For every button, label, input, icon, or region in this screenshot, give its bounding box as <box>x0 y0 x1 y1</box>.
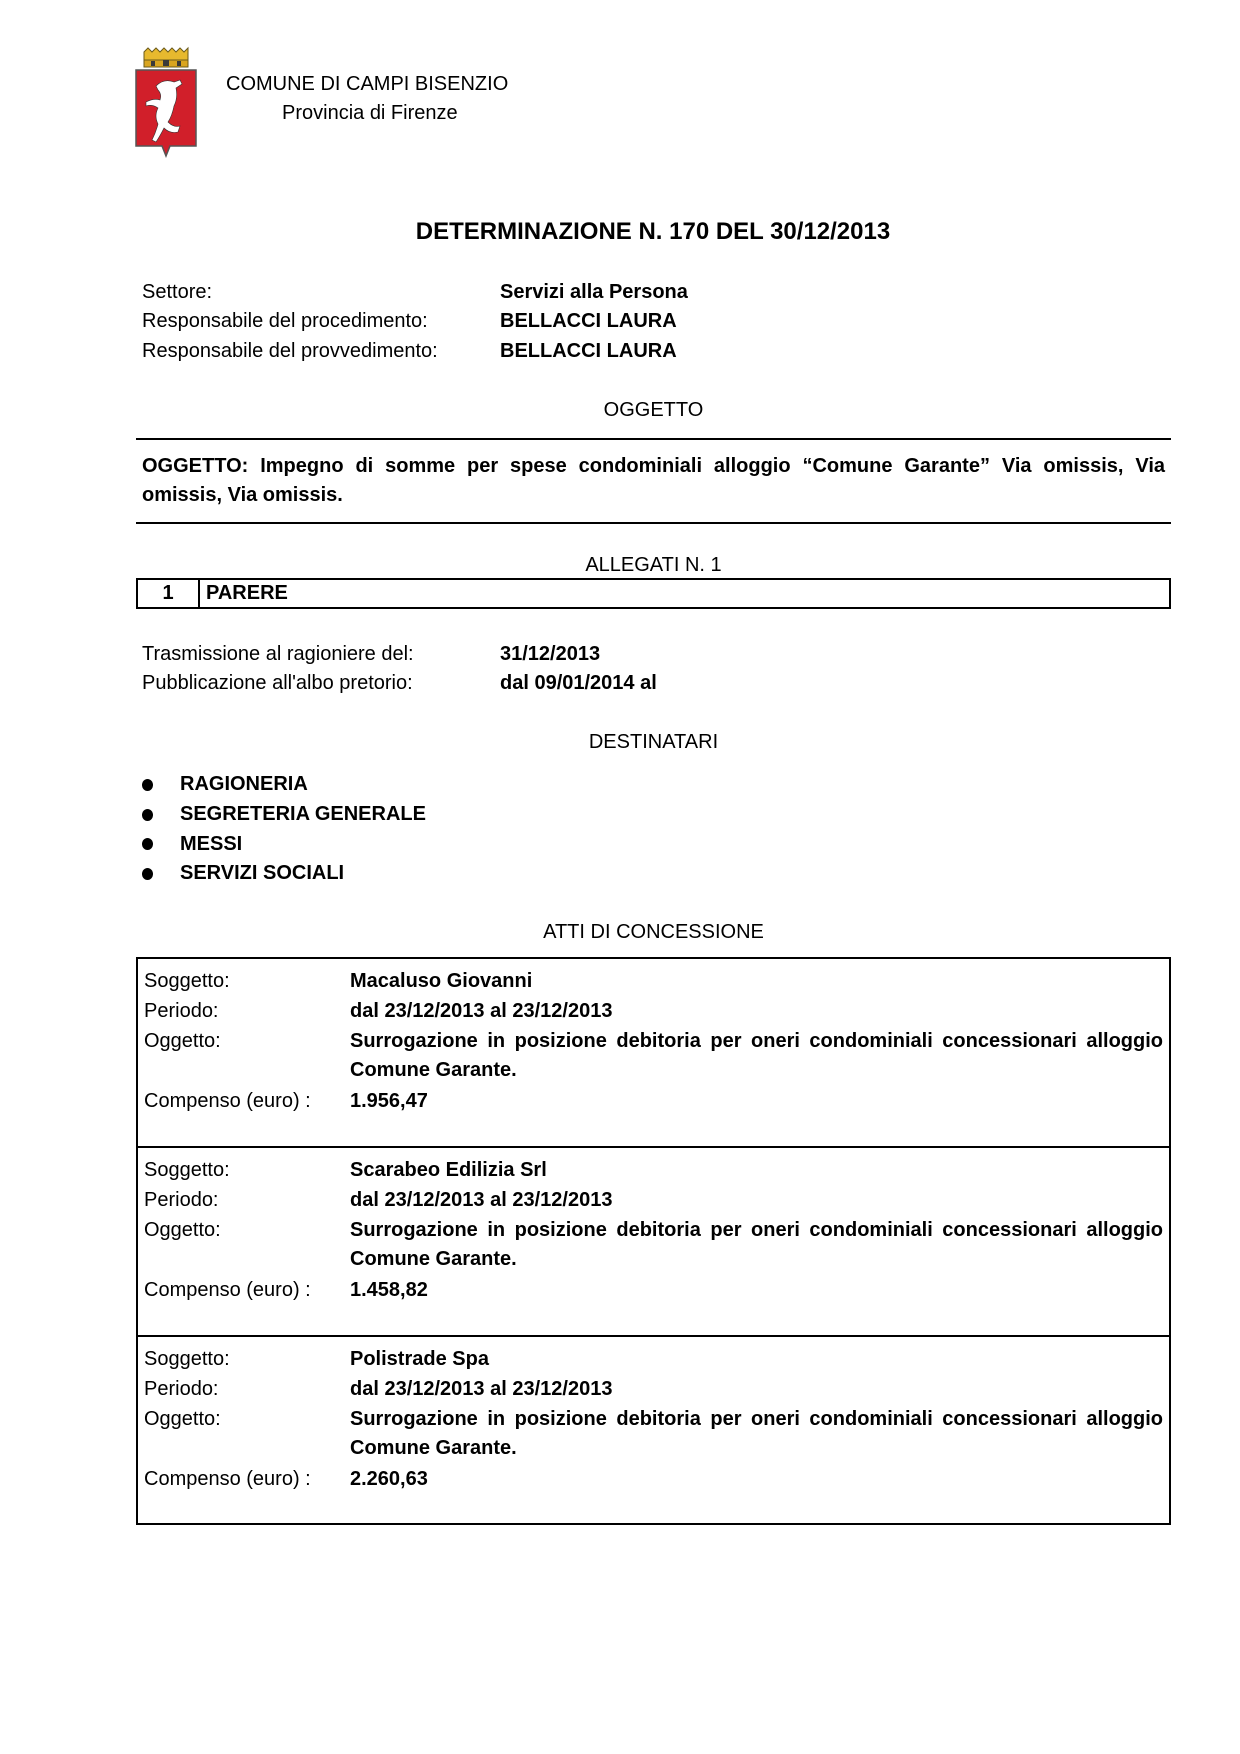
bullet-icon <box>142 809 153 821</box>
coat-of-arms-icon <box>134 46 198 158</box>
oggetto-prefix: OGGETTO: <box>142 455 248 477</box>
soggetto-label: Soggetto: <box>144 1345 350 1374</box>
table-row: Soggetto:Polistrade Spa Periodo:dal 23/1… <box>138 1337 1169 1523</box>
soggetto-value: Polistrade Spa <box>350 1345 1163 1374</box>
destinatario-label: SEGRETERIA GENERALE <box>180 803 426 826</box>
list-item: SERVIZI SOCIALI <box>140 859 426 889</box>
oggetto-value: Surrogazione in posizione debitoria per … <box>350 1027 1163 1085</box>
list-item: SEGRETERIA GENERALE <box>140 800 426 830</box>
resp-procedimento-label: Responsabile del procedimento: <box>142 310 428 333</box>
oggetto-value: Surrogazione in posizione debitoria per … <box>350 1216 1163 1274</box>
oggetto-label: Oggetto: <box>144 1027 350 1085</box>
trasmissione-value: 31/12/2013 <box>500 643 600 666</box>
atti-table: Soggetto:Macaluso Giovanni Periodo:dal 2… <box>136 957 1171 1525</box>
periodo-label: Periodo: <box>144 1375 350 1404</box>
compenso-value: 1.956,47 <box>350 1087 1163 1116</box>
destinatario-label: RAGIONERIA <box>180 773 308 796</box>
periodo-label: Periodo: <box>144 997 350 1026</box>
compenso-value: 1.458,82 <box>350 1276 1163 1305</box>
oggetto-label: Oggetto: <box>144 1216 350 1274</box>
periodo-value: dal 23/12/2013 al 23/12/2013 <box>350 1375 1163 1404</box>
oggetto-text: OGGETTO: Impegno di somme per spese cond… <box>142 452 1165 510</box>
document-title: DETERMINAZIONE N. 170 DEL 30/12/2013 <box>0 218 1240 246</box>
municipality-name: COMUNE DI CAMPI BISENZIO <box>226 73 508 96</box>
soggetto-label: Soggetto: <box>144 1156 350 1185</box>
settore-label: Settore: <box>142 281 212 304</box>
pubblicazione-value: dal 09/01/2014 al <box>500 672 657 695</box>
resp-provvedimento-value: BELLACCI LAURA <box>500 340 677 363</box>
soggetto-value: Macaluso Giovanni <box>350 967 1163 996</box>
bullet-icon <box>142 779 153 791</box>
list-item: RAGIONERIA <box>140 770 426 800</box>
compenso-label: Compenso (euro) : <box>144 1465 350 1494</box>
destinatario-label: SERVIZI SOCIALI <box>180 862 344 885</box>
trasmissione-label: Trasmissione al ragioniere del: <box>142 643 414 666</box>
allegato-name: PARERE <box>200 580 288 607</box>
allegati-heading: ALLEGATI N. 1 <box>136 554 1171 577</box>
divider <box>136 522 1171 524</box>
oggetto-label: Oggetto: <box>144 1405 350 1463</box>
periodo-label: Periodo: <box>144 1186 350 1215</box>
table-row: Soggetto:Macaluso Giovanni Periodo:dal 2… <box>138 959 1169 1148</box>
compenso-label: Compenso (euro) : <box>144 1276 350 1305</box>
compenso-value: 2.260,63 <box>350 1465 1163 1494</box>
allegato-number: 1 <box>138 580 200 607</box>
list-item: MESSI <box>140 829 426 859</box>
destinatario-label: MESSI <box>180 833 242 856</box>
compenso-label: Compenso (euro) : <box>144 1087 350 1116</box>
atti-heading: ATTI DI CONCESSIONE <box>136 921 1171 944</box>
soggetto-label: Soggetto: <box>144 967 350 996</box>
resp-procedimento-value: BELLACCI LAURA <box>500 310 677 333</box>
destinatari-list: RAGIONERIA SEGRETERIA GENERALE MESSI SER… <box>140 770 426 889</box>
soggetto-value: Scarabeo Edilizia Srl <box>350 1156 1163 1185</box>
periodo-value: dal 23/12/2013 al 23/12/2013 <box>350 997 1163 1026</box>
pubblicazione-label: Pubblicazione all'albo pretorio: <box>142 672 413 695</box>
table-row: Soggetto:Scarabeo Edilizia Srl Periodo:d… <box>138 1148 1169 1337</box>
oggetto-value: Surrogazione in posizione debitoria per … <box>350 1405 1163 1463</box>
oggetto-body: Impegno di somme per spese condominiali … <box>142 455 1165 506</box>
allegati-row: 1 PARERE <box>136 578 1171 609</box>
periodo-value: dal 23/12/2013 al 23/12/2013 <box>350 1186 1163 1215</box>
province-name: Provincia di Firenze <box>282 102 458 125</box>
resp-provvedimento-label: Responsabile del provvedimento: <box>142 340 438 363</box>
divider <box>136 438 1171 440</box>
oggetto-heading: OGGETTO <box>136 399 1171 422</box>
bullet-icon <box>142 838 153 850</box>
settore-value: Servizi alla Persona <box>500 281 688 304</box>
destinatari-heading: DESTINATARI <box>136 731 1171 754</box>
bullet-icon <box>142 868 153 880</box>
crown-icon <box>144 48 188 67</box>
